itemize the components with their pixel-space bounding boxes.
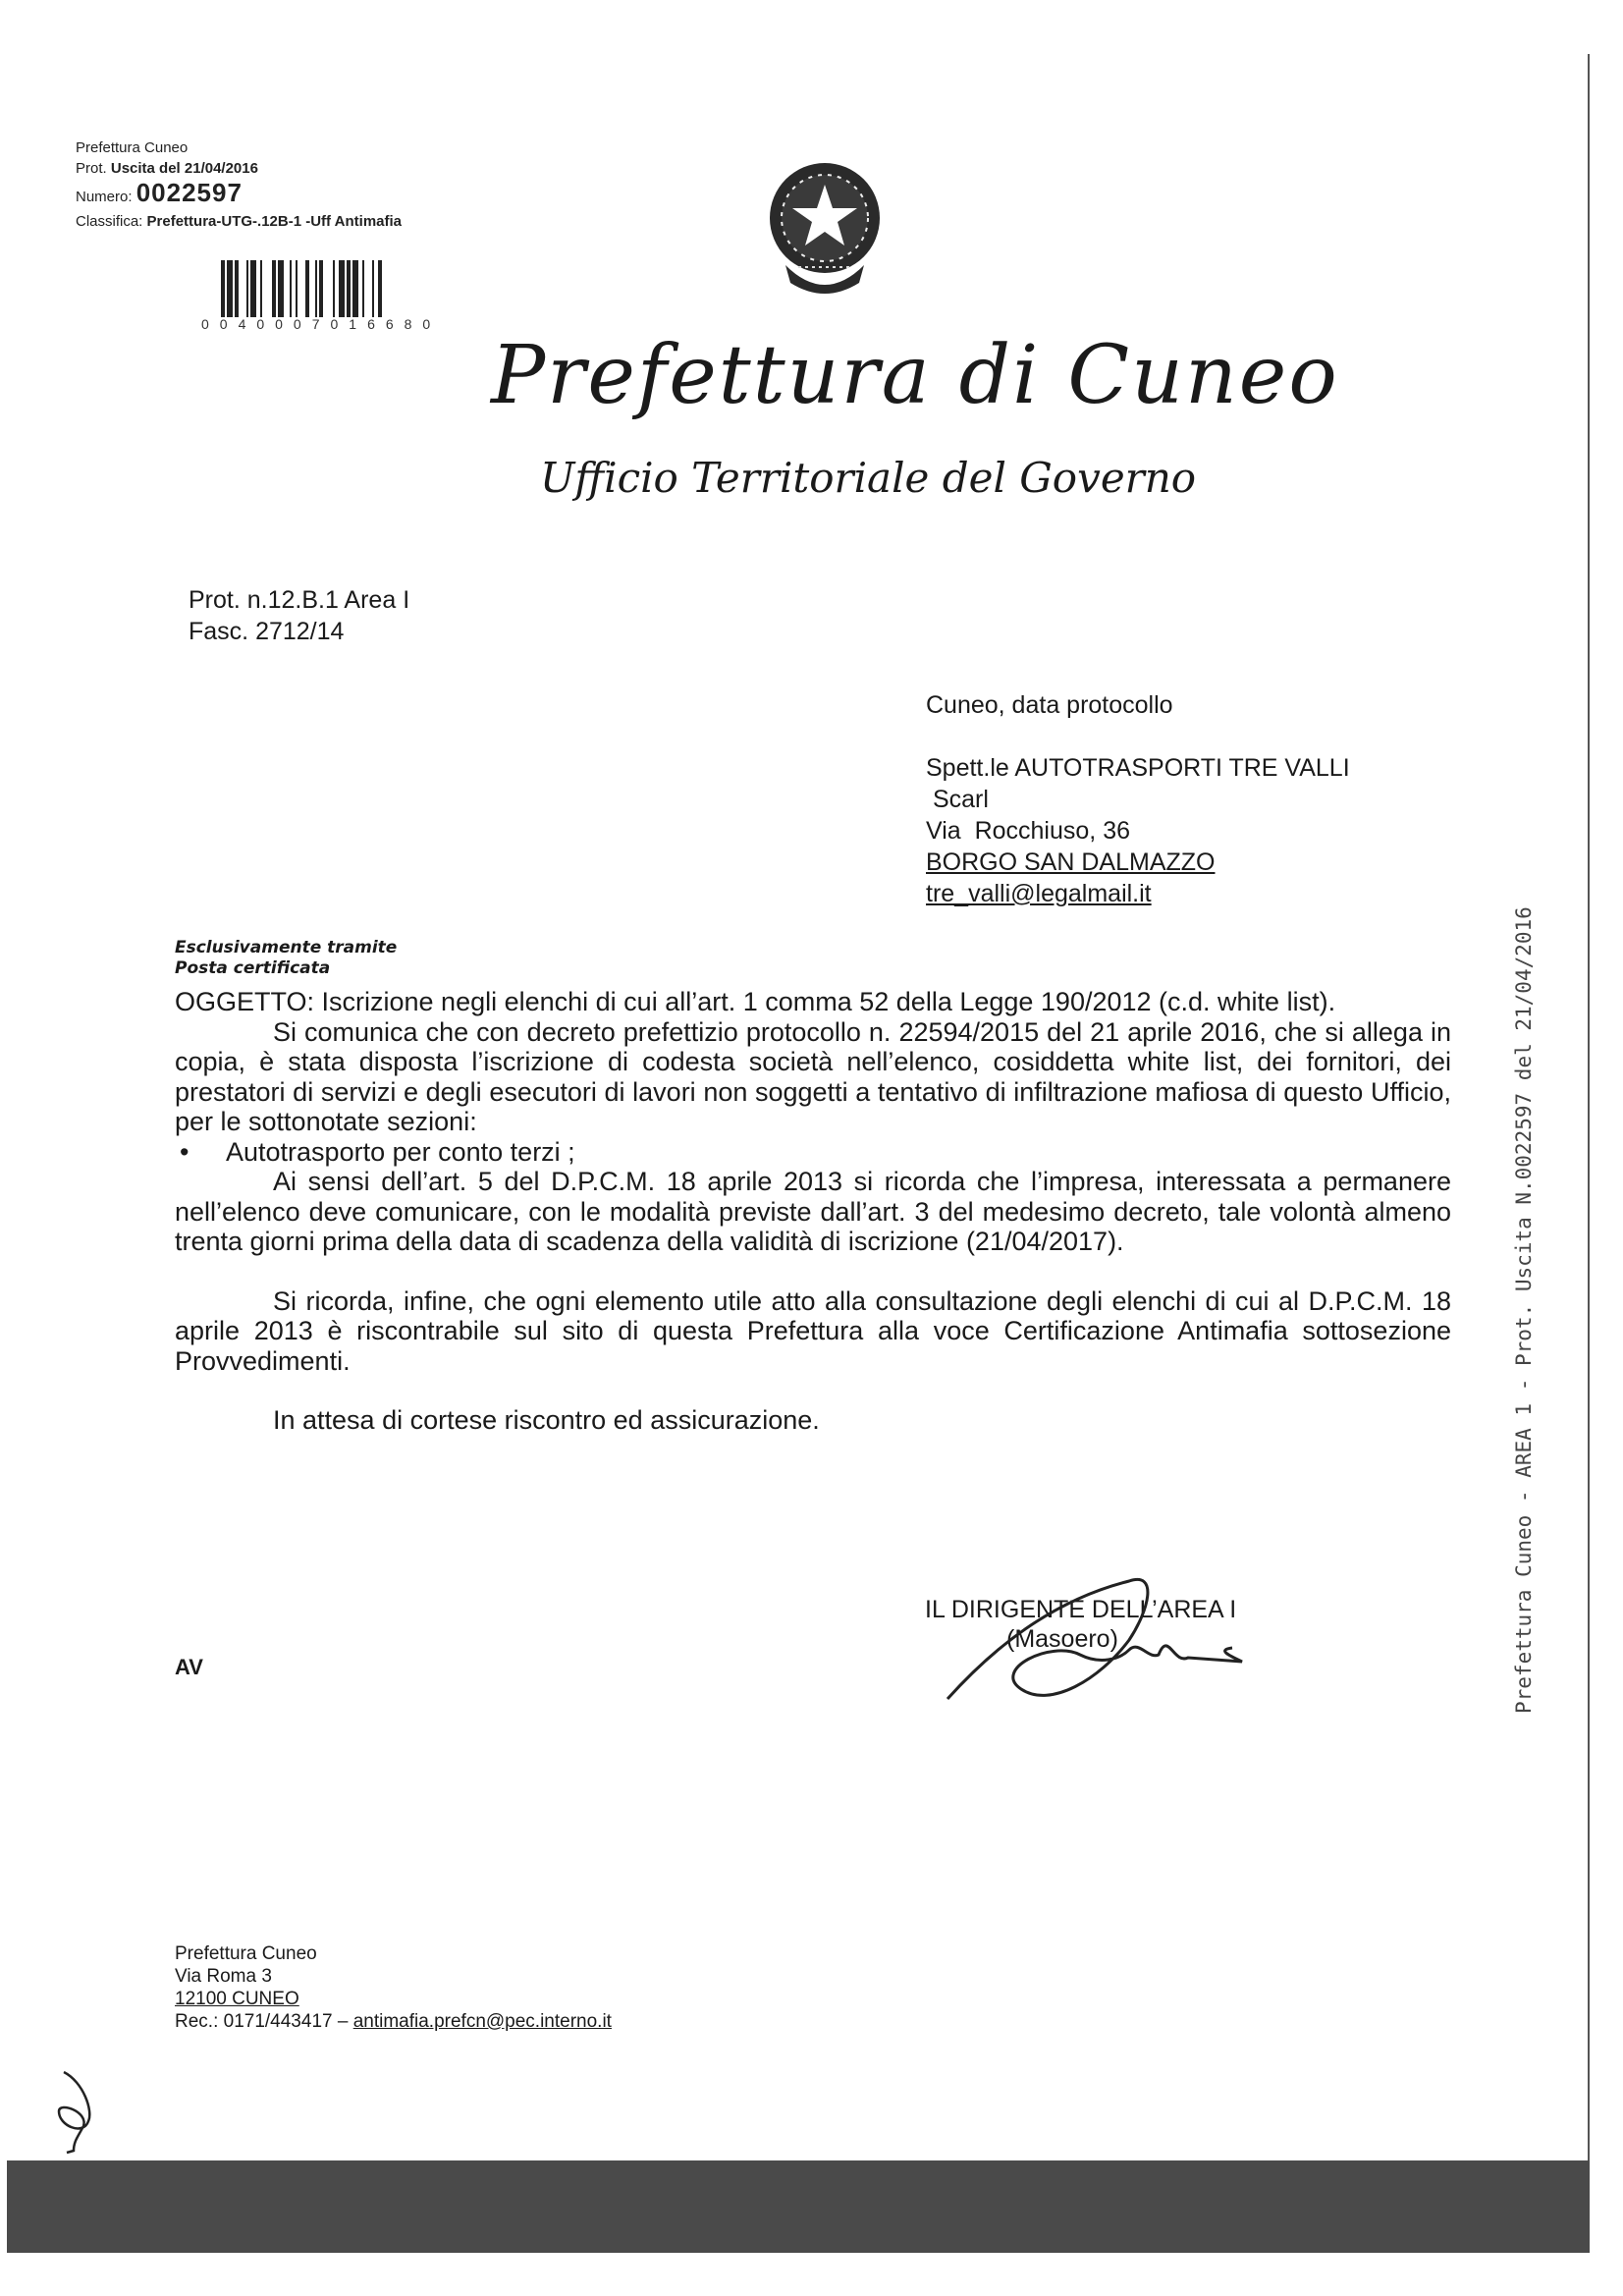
recipient-street: Via Rocchiuso, 36 bbox=[926, 815, 1350, 847]
footer-city: 12100 CUNEO bbox=[175, 1988, 612, 2010]
paragraph-1: Si comunica che con decreto prefettizio … bbox=[175, 1017, 1451, 1137]
recipient-block: Cuneo, data protocollo Spett.le AUTOTRAS… bbox=[926, 689, 1350, 909]
footer-phone: Rec.: 0171/443417 bbox=[175, 2011, 333, 2032]
handwritten-signature-icon bbox=[903, 1571, 1316, 1719]
scan-edge-line bbox=[1588, 54, 1590, 2165]
recipient-name: Spett.le AUTOTRASPORTI TRE VALLI bbox=[926, 752, 1350, 784]
delivery-note: Esclusivamente tramite Posta certificata bbox=[175, 938, 397, 979]
stamp-office: Prefettura Cuneo bbox=[76, 137, 402, 158]
footer-contact: Rec.: 0171/443417 – antimafia.prefcn@pec… bbox=[175, 2010, 612, 2033]
recipient-city: BORGO SAN DALMAZZO bbox=[926, 847, 1350, 878]
recipient-name-suffix: Scarl bbox=[926, 784, 1350, 815]
protocol-reference: Prot. n.12.B.1 Area I bbox=[189, 584, 409, 616]
reference-block: Prot. n.12.B.1 Area I Fasc. 2712/14 bbox=[189, 584, 409, 647]
paragraph-3: Si ricorda, infine, che ogni elemento ut… bbox=[175, 1286, 1451, 1377]
protocol-stamp: Prefettura Cuneo Prot. Uscita del 21/04/… bbox=[76, 137, 402, 232]
paragraph-2: Ai sensi dell’art. 5 del D.P.C.M. 18 apr… bbox=[175, 1167, 1451, 1257]
stamp-protocol: Prot. Uscita del 21/04/2016 bbox=[76, 158, 402, 179]
stamp-classification: Classifica: Prefettura-UTG-.12B-1 -Uff A… bbox=[76, 211, 402, 232]
place-date: Cuneo, data protocollo bbox=[926, 689, 1350, 721]
barcode-digits: 0040007016680 bbox=[201, 316, 441, 332]
subject-line: OGGETTO: Iscrizione negli elenchi di cui… bbox=[175, 987, 1451, 1017]
file-reference: Fasc. 2712/14 bbox=[189, 616, 409, 647]
closing-line: In attesa di cortese riscontro ed assicu… bbox=[175, 1405, 1451, 1436]
footer-email-link[interactable]: antimafia.prefcn@pec.interno.it bbox=[353, 2011, 612, 2032]
bullet-text: Autotrasporto per conto terzi ; bbox=[226, 1137, 575, 1168]
italian-republic-emblem-icon bbox=[761, 157, 889, 304]
letter-body: OGGETTO: Iscrizione negli elenchi di cui… bbox=[175, 987, 1451, 1436]
barcode bbox=[221, 260, 481, 317]
letterhead-title: Prefettura di Cuneo bbox=[491, 329, 1339, 422]
footer-street: Via Roma 3 bbox=[175, 1965, 612, 1988]
handwritten-mark-icon bbox=[39, 2057, 108, 2165]
side-protocol-stamp: Prefettura Cuneo - AREA 1 - Prot. Uscita… bbox=[1512, 906, 1536, 1714]
recipient-email-link[interactable]: tre_valli@legalmail.it bbox=[926, 878, 1350, 909]
scan-dark-band bbox=[7, 2160, 1590, 2253]
footer-office: Prefettura Cuneo bbox=[175, 1942, 612, 1965]
list-item: • Autotrasporto per conto terzi ; bbox=[175, 1137, 1451, 1168]
sender-footer: Prefettura Cuneo Via Roma 3 12100 CUNEO … bbox=[175, 1942, 612, 2033]
stamp-number: Numero: 0022597 bbox=[76, 179, 402, 211]
typist-initials: AV bbox=[175, 1655, 203, 1680]
bullet-icon: • bbox=[175, 1137, 226, 1168]
letterhead-subtitle: Ufficio Territoriale del Governo bbox=[540, 454, 1196, 502]
